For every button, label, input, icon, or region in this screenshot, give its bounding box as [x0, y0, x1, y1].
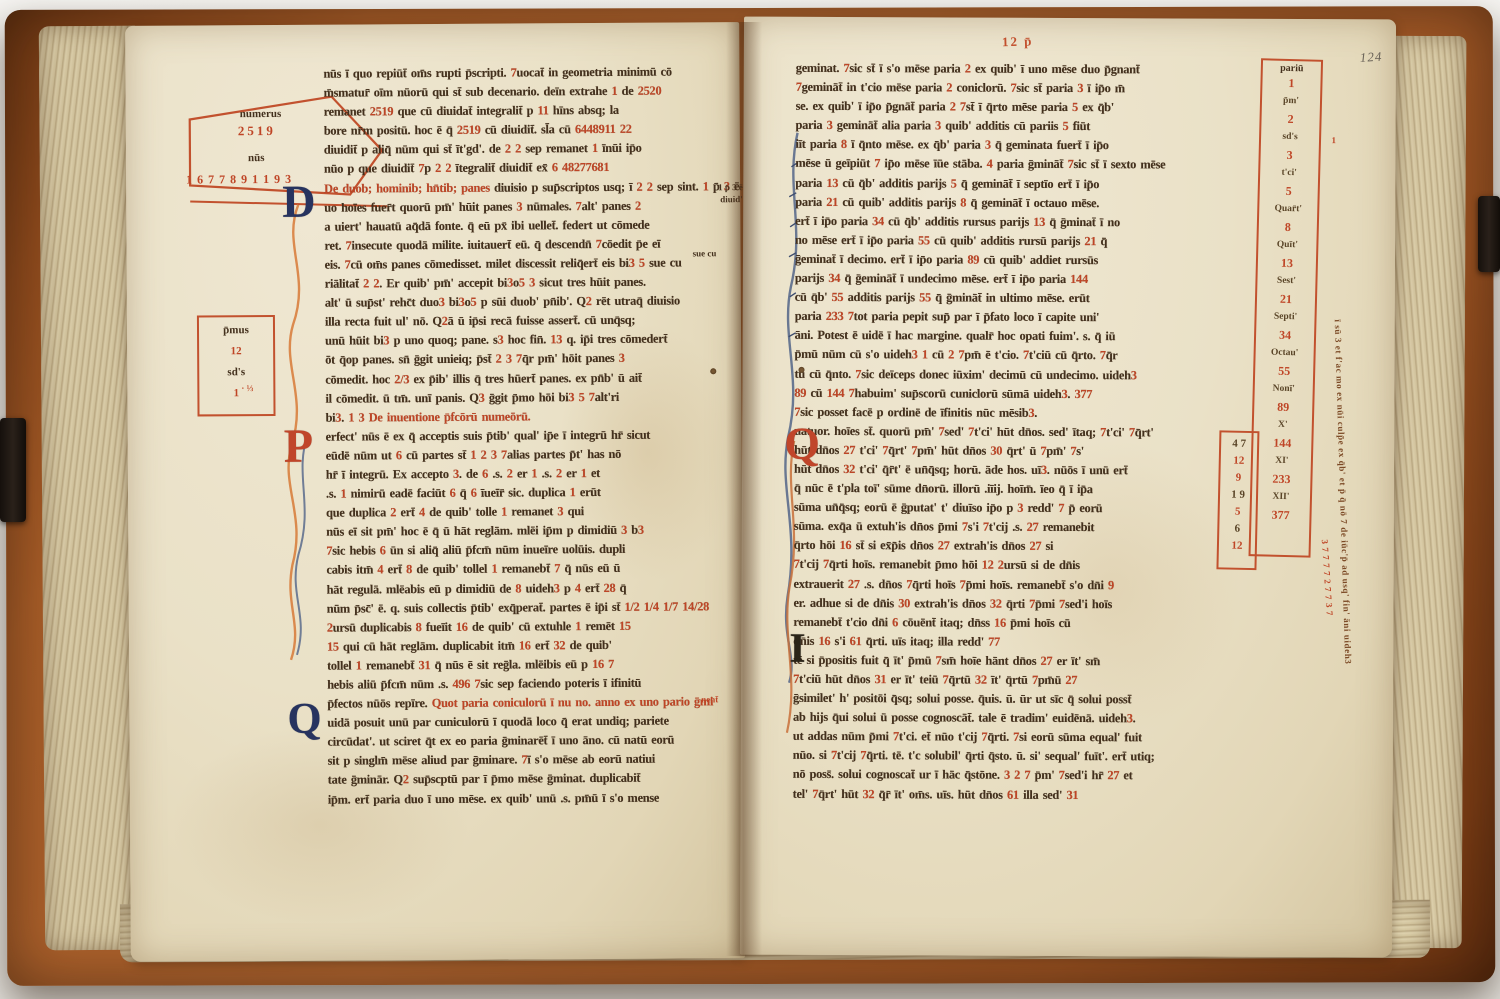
red-numeral: 6 [552, 161, 558, 175]
red-numeral: 1/2 [624, 599, 639, 613]
text-line: dn̄is 16 s'i 61 q̄rti. uīs itaq; illa re… [793, 632, 1245, 653]
primus-box-item: sd's [227, 362, 245, 383]
red-numeral: 31 [1066, 788, 1078, 802]
text-line: se. ex quib' ī ip̄o p̄gnāt̄ paria 2 7st̄… [796, 97, 1248, 118]
fib-ordinal-label: X' [1278, 417, 1288, 434]
text-line: tē si p̄positis fuit q̄ īt' p̄mū 7sm̄ ho… [793, 651, 1245, 672]
red-numeral: 30 [990, 444, 1002, 458]
text-line: que duplica 2 ert̄ 4 de quib' tolle 1 re… [326, 501, 744, 523]
text-line: hebis aliū p̄fcm̄ nūm .s. 496 7sic sep f… [327, 673, 745, 695]
red-numeral: 31 [874, 672, 886, 686]
fib-ordinal-label: t'ci' [1281, 165, 1297, 182]
fib-ordinal-label: Sest' [1277, 273, 1296, 290]
red-numeral: 2 [948, 348, 954, 362]
book-clasp-right [1478, 196, 1500, 272]
text-line: erfect' nūs ē ex q̄ acceptis suis p̄tib'… [326, 425, 744, 447]
primus-box-item: 1 [234, 383, 240, 404]
fib-number: 144 [1273, 434, 1291, 453]
text-line: paria 21 cū quib' additis parijs 8 q̄ ge… [795, 192, 1247, 213]
red-numeral: 32 [863, 787, 875, 801]
red-numeral: 77 [988, 634, 1000, 648]
text-line: uo hoīes fuer̄t quorū pm̄' hūit panes 3 … [324, 196, 742, 218]
page-stack-edge-right [1388, 36, 1467, 948]
fib-ordinal-label: p̄m' [1283, 93, 1299, 110]
photograph-stage: numerus 2519 nūs 1 6 7 7 8 9 1 1 9 3 p̄m… [0, 0, 1500, 999]
red-numeral: 27 [938, 539, 950, 553]
text-line: nūo. si 7t'cij 7q̄rti. tē. t'c solubil' … [793, 746, 1245, 767]
fib-number: 89 [1277, 398, 1289, 417]
text-line: diuidit̄ p aliq̄ nūm qui st̄ īt'gd'. de … [324, 138, 742, 160]
text-line: ut addas nūm p̄mi 7t'ci. et̄ nūo t'cij 7… [793, 727, 1245, 748]
text-line: paria 3 gemināt̄ alia paria 3 quib' addi… [796, 116, 1248, 137]
text-line: 89 cū 144 7habuim' sup̄scorū cuniclorū s… [794, 383, 1246, 404]
diagram-label-nus: nūs [248, 152, 265, 164]
red-numeral: 15 [327, 639, 339, 653]
red-numeral: 31 [418, 658, 430, 672]
text-line: paria 13 cū q̄b' additis parijs 5 q̄ gem… [795, 173, 1247, 194]
red-numeral: 61 [1007, 787, 1019, 801]
text-line: ōt q̄op panes. sn̄ ḡgit unieiq; p̄st̄ 2 … [325, 349, 743, 371]
red-numeral: 14/28 [682, 599, 709, 613]
red-numeral: 61 [850, 634, 862, 648]
illuminated-initial-P: P [284, 419, 314, 474]
red-numeral: 21 [826, 195, 838, 209]
red-numeral: 13 [550, 333, 562, 347]
text-line: circūdat'. ut sciret q̄t ex eo paria ḡmi… [327, 730, 745, 752]
fib-number: 55 [1278, 362, 1290, 381]
red-numeral: 16 [839, 538, 851, 552]
illuminated-initial-D: D [282, 175, 316, 228]
text-line: hāt regulā. mlēabis eū p dimidiū de 8 ui… [327, 578, 745, 600]
red-numeral: 9 [1108, 578, 1114, 592]
red-numeral: 32 [990, 596, 1002, 610]
red-numeral: 13 [1033, 215, 1045, 229]
red-numeral: 34 [872, 214, 884, 228]
text-line: il cōmedit. ū tm̄. unī panis. Q3 ḡgit p̄… [325, 387, 743, 409]
fib-number: 21 [1280, 290, 1292, 309]
text-line: parijs 34 q̄ ḡemināt̄ ī undecimo mēse. e… [795, 269, 1247, 290]
book-gutter-shadow [726, 22, 762, 956]
primus-box-item: p̄mus [223, 320, 249, 341]
red-numeral: 7 [608, 657, 614, 671]
text-line: hr̄ ī integrū. Ex accepto 3. de 6 .s. 2 … [326, 463, 744, 485]
text-line: tel' 7q̄rt' hūt 32 q̄r̄ īt' om̄s. uīs. h… [793, 784, 1245, 805]
red-numeral: 30 [898, 596, 910, 610]
fib-number: 8 [1285, 218, 1291, 237]
red-numeral: 89 [967, 252, 979, 266]
text-line: ert̄ ī ip̄o paria 34 cū q̄b' additis rur… [795, 212, 1247, 233]
text-column-right: geminat. 7sic st̄ ī s'o mēse paria 2 ex … [793, 59, 1248, 806]
primus-box-item: 12 [231, 341, 242, 362]
red-numeral: 1 [470, 448, 476, 462]
text-line: 7t'cij 7q̄rti hoīs. remanebit p̄mo hōi 1… [794, 555, 1246, 576]
text-line: cabis itm̄ 4 ert̄ 8 de quib' tollel 1 re… [326, 559, 744, 581]
text-line: nūs eī sit pm̄' hoc ē q̄ ū hāt reglām. m… [326, 520, 744, 542]
red-numeral: 22 [620, 122, 632, 136]
text-line: riālitat̄ 2 2. Er quib' pm̄' accepit bi3… [325, 272, 743, 294]
text-line: nūs ī quo repiūt̄ om̄s rupti p̄scripti. … [323, 62, 741, 84]
text-line: iīt paria 8 ī q̄nto mēse. ex q̄b' paria … [795, 135, 1247, 156]
red-numeral: 16 [592, 657, 604, 671]
fib-ordinal-label: XII' [1272, 489, 1289, 506]
red-numeral: 32 [553, 638, 565, 652]
fib-ordinal-label: sd's [1282, 129, 1298, 146]
red-numeral: 32 [975, 673, 987, 687]
text-line: illa recta fuit ul' nō. Q2ā ū ip̄si recā… [325, 310, 743, 332]
red-numeral: 144 [827, 386, 845, 400]
red-numeral: 1/7 [663, 599, 678, 613]
fib-number: 5 [1285, 182, 1291, 201]
rubric-text: Quot paria coniculorū ī nu no. anno ex u… [432, 694, 713, 710]
book-clasp-left [0, 418, 26, 522]
text-line: no mēse ert̄ ī ip̄o paria 55 cū quib' ad… [795, 231, 1247, 252]
red-numeral: 27 [843, 443, 855, 457]
text-line: 2ursū duplicabis 8 fueīit 16 de quib' cū… [327, 616, 745, 638]
red-numeral: 55 [919, 290, 931, 304]
text-line: 15 qui cū hāt reglām. duplicabit itm̄ 16… [327, 635, 745, 657]
red-numeral: 32 [843, 462, 855, 476]
rubric-text: De duob; hominib; hn̄tib; panes [324, 180, 490, 195]
red-numeral: 3 [619, 351, 625, 365]
fib-ordinal-label: Septi' [1274, 309, 1298, 327]
red-numeral: 144 [1070, 272, 1088, 286]
red-numeral: 27 [1107, 769, 1119, 783]
red-numeral: 2 [481, 448, 487, 462]
folio-number-pencil: 124 [1359, 49, 1382, 66]
text-line: tate ḡminār. Q2 sup̄scptū par ī p̄mo mēs… [328, 769, 746, 791]
fibonacci-pairs-table: pariū1p̄m'2sd's3t'ci'5Quar̄t'8Quīt'13Ses… [1248, 58, 1323, 557]
red-numeral: 1 [348, 410, 354, 424]
text-line: eūdē nūm ut 6 cū partes st̄ 1 2 3 7alias… [326, 444, 744, 466]
text-line: extrauerit 27 .s. dn̄os 7q̄rti hoīs 7p̄m… [794, 574, 1246, 595]
red-numeral: 3 [506, 352, 512, 366]
red-numeral: 2 [635, 198, 641, 212]
text-line: hūt dn̄os 32 t'ci' q̄r̄t' ē un̄q̄sq; hor… [794, 460, 1246, 481]
text-line: nō poss̄. solui cognoscat̄ ur ī hāc q̄st… [793, 765, 1245, 786]
fib-number: 3 [1286, 146, 1292, 165]
text-line: 7t'ciū hūt dn̄os 31 er īt' teiū 7q̄rtū 3… [793, 670, 1245, 691]
red-numeral: 16 [519, 638, 531, 652]
red-numeral: 48277681 [562, 160, 609, 174]
red-numeral: 2519 [457, 123, 481, 137]
wormhole [710, 368, 716, 374]
text-line: sūma. exq̄a ū extuh'is dn̄os p̄mi 7s'i 7… [794, 517, 1246, 538]
illuminated-initial-Q: Q [784, 417, 820, 470]
fib-number: 1 [1288, 74, 1294, 93]
text-line: uidā posuit unū par cuniculorū ī quodā l… [327, 711, 745, 733]
text-line: m̄smatur̄ oīm nūorū qui st̄ sub decenari… [324, 81, 742, 103]
red-numeral: 3 [568, 390, 574, 404]
red-numeral: 16 [818, 634, 830, 648]
marginal-gloss-vertical: ī sū 3 et f'ac mo ex nūi culp̄e ex q̄b' … [1333, 319, 1354, 664]
text-column-left: nūs ī quo repiūt̄ om̄s rupti p̄scripti. … [323, 62, 746, 809]
text-line: p̄fectos nūōs repīre. Quot paria conicul… [327, 692, 745, 714]
text-line: paria 233 7tot paria pepit sup̄ par ī p̄… [795, 307, 1247, 328]
red-numeral: 377 [1074, 387, 1092, 401]
red-numeral: 3 [638, 523, 644, 537]
red-numeral: 27 [1065, 673, 1077, 687]
fib-table-header: pariū [1280, 63, 1304, 75]
red-numeral: 15 [619, 619, 631, 633]
fib-number: 34 [1279, 326, 1291, 345]
fib-ordinal-label: Quīt' [1277, 237, 1299, 255]
margin-note: nent̄ [701, 694, 718, 704]
text-line: ip̄m. ert̄ paria duo ī uno mēse. ex quib… [328, 788, 746, 810]
red-numeral: 11 [537, 103, 548, 117]
quire-mark: 12 p̄ [1002, 33, 1034, 50]
text-line: nūo p que diuidit̄ 7p 2 2 ītegralit̄ diu… [324, 158, 742, 180]
text-line: 7sic hebis 6 ūn si aliq̄ aliū p̄fcm̄ nūm… [326, 539, 744, 561]
text-line: ḡeminat̄ ī decimo. ert̄ ī ip̄o paria 89 … [795, 250, 1247, 271]
text-line: cōmedit. hoc 2/3 ex p̄ib' illis q̄ tres … [325, 368, 743, 390]
text-line: āni. Potest ē uidē ī hac margine. qualr̄… [795, 326, 1247, 347]
red-numeral: 21 [1084, 234, 1096, 248]
text-line: sūma un̄q̄sq; eorū ē ḡputat' t' diuīso i… [794, 498, 1246, 519]
red-numeral: 233 [826, 309, 844, 323]
marginal-jottings-vertical: 3 7 7 7 7 2 7 7 3 7 [1320, 539, 1335, 616]
red-numeral: 12 [982, 558, 994, 572]
red-numeral: 27 [848, 577, 860, 591]
text-line: unū hūit bi3 p uno quoq; pane. s3 hoc fi… [325, 329, 743, 351]
red-numeral: 27 [1041, 654, 1053, 668]
fib-number: 377 [1271, 506, 1289, 525]
text-line: alt' ū sup̄st' rehc̄t duo3 bi3o5 p sūi d… [325, 291, 743, 313]
fib-number: 2 [1287, 110, 1293, 129]
fib-ordinal-label: Quar̄t' [1274, 201, 1302, 219]
text-line: .s. 1 nimirū eadē faciūt 6 q̄ 6 īueīr̄ s… [326, 482, 744, 504]
red-numeral: 1/4 [644, 599, 659, 613]
text-line: ḡsimilet' h' positōi q̄sq; solui posse. … [793, 689, 1245, 710]
text-line: q̄ nūc ē t'pla toī' sūme dn̄orū. illorū … [794, 479, 1246, 500]
text-line: sit p singlm̄ mēse aliud par ḡminare. 7ī… [328, 749, 746, 771]
red-numeral: 2520 [638, 84, 662, 98]
red-numeral: 2519 [370, 104, 394, 118]
fib-number: 233 [1272, 470, 1290, 489]
manuscript-page-right: 12 p̄ 124 pariū1p̄m'2sd's3t'ci'5Quar̄t'8… [740, 17, 1396, 958]
fib-number: 13 [1281, 254, 1293, 273]
red-numeral: 34 [828, 271, 840, 285]
red-numeral: 16 [456, 620, 468, 634]
fib-ordinal-label: Nonī' [1272, 381, 1295, 399]
text-line: ab hijs q̄ui solui ū posse cognoscāt̄. t… [793, 708, 1245, 729]
diagram-value-product: 1 6 7 7 8 9 1 1 9 3 [186, 172, 292, 187]
illuminated-initial-I: I [789, 625, 806, 673]
rubric-text: De inuentione p̄fcōrū numeōrū. [369, 409, 531, 424]
red-numeral: 27 [1029, 539, 1041, 553]
red-numeral: 496 [452, 677, 470, 691]
red-numeral: 6448911 [575, 122, 616, 136]
wormhole [798, 367, 804, 373]
red-numeral: 2/3 [394, 372, 409, 386]
text-line: p̄mū nūm cū s'o uideh3 1 cū 2 7pm̄ ē t'c… [795, 345, 1247, 366]
text-line: 7gemināt̄ in t'cio mēse paria 2 coniclor… [796, 78, 1248, 99]
red-numeral: 55 [832, 290, 844, 304]
text-line: remanebt̄ t'cio dn̄i 6 cōuēnt̄ itaq; dn̄… [793, 613, 1245, 634]
text-line: hūt dn̄os 27 t'ci' 7q̄rt' 7pm̄' hūt dn̄o… [794, 441, 1246, 462]
red-numeral: 16 [994, 615, 1006, 629]
red-numeral: 3 [1131, 368, 1137, 382]
text-line: bi3. 1 3 De inuentione p̄fcōrū numeōrū. [325, 406, 743, 428]
text-line: eis. 7cū om̄s panes cōmedisset. milet di… [325, 253, 743, 275]
illuminated-initial-Q: Q [287, 693, 322, 744]
fib-ordinal-label: Octau' [1271, 345, 1299, 363]
text-line: De duob; hominib; hn̄tib; panes diuisio … [324, 177, 742, 199]
diagram-value-2519: 2519 [238, 123, 276, 138]
margin-note: sue cu [693, 248, 717, 258]
text-line: remanet 2519 que cū diuidat̄ integralit̄… [324, 100, 742, 122]
text-line: tū cū q̄nto. 7sic deīceps donec iūxim' d… [794, 364, 1246, 385]
diagram-label-numerus: numerus [240, 108, 282, 120]
red-numeral: 89 [794, 385, 806, 399]
red-numeral: 55 [918, 233, 930, 247]
text-line: bore nr̄m positū. hoc ē q̄ 2519 cū diuid… [324, 119, 742, 141]
text-line: tollel 1 remanebt̄ 31 q̄ nūs ē sit reḡla… [327, 654, 745, 676]
text-line: geminat. 7sic st̄ ī s'o mēse paria 2 ex … [796, 59, 1248, 80]
text-line: a uiert' hauatū aq̄dā fonte. q̄ eū px̄ i… [324, 215, 742, 237]
text-line: ret. 7insecute quodā milite. iuitauert̄ … [324, 234, 742, 256]
text-line: nūm p̄sc̄' ē. q. suis collectis p̄tib' e… [327, 597, 745, 619]
red-numeral: 27 [1027, 520, 1039, 534]
text-line: 7sic posset facē p ordinē de īfinitis nū… [794, 402, 1246, 423]
margin-note: · ⅓ [241, 383, 253, 393]
red-numeral: 13 [826, 176, 838, 190]
text-line: mēse ū geīpiūt 7 ip̄o mēse īūe stāba. 4 … [795, 154, 1247, 175]
manuscript-page-left: numerus 2519 nūs 1 6 7 7 8 9 1 1 9 3 p̄m… [125, 22, 745, 962]
red-numeral: 28 [604, 580, 616, 594]
text-line: q̄rto hōi 16 st̄ si ex̄p̄is dn̄os 27 ext… [794, 536, 1246, 557]
fib-ordinal-label: XI' [1275, 453, 1289, 470]
text-line: cū q̄b' 55 additis parijs 55 q̄ ḡmināt̄ … [795, 288, 1247, 309]
margin-table-primus: p̄mus12sd's1 [197, 315, 276, 416]
text-line: er. adhue si de dn̄is 30 extrah'is dn̄os… [793, 593, 1245, 614]
text-line: uatuor. hoīes st̄. quorū pm̄' 7sed' 7t'c… [794, 422, 1246, 443]
margin-note: 1 [1331, 135, 1336, 145]
